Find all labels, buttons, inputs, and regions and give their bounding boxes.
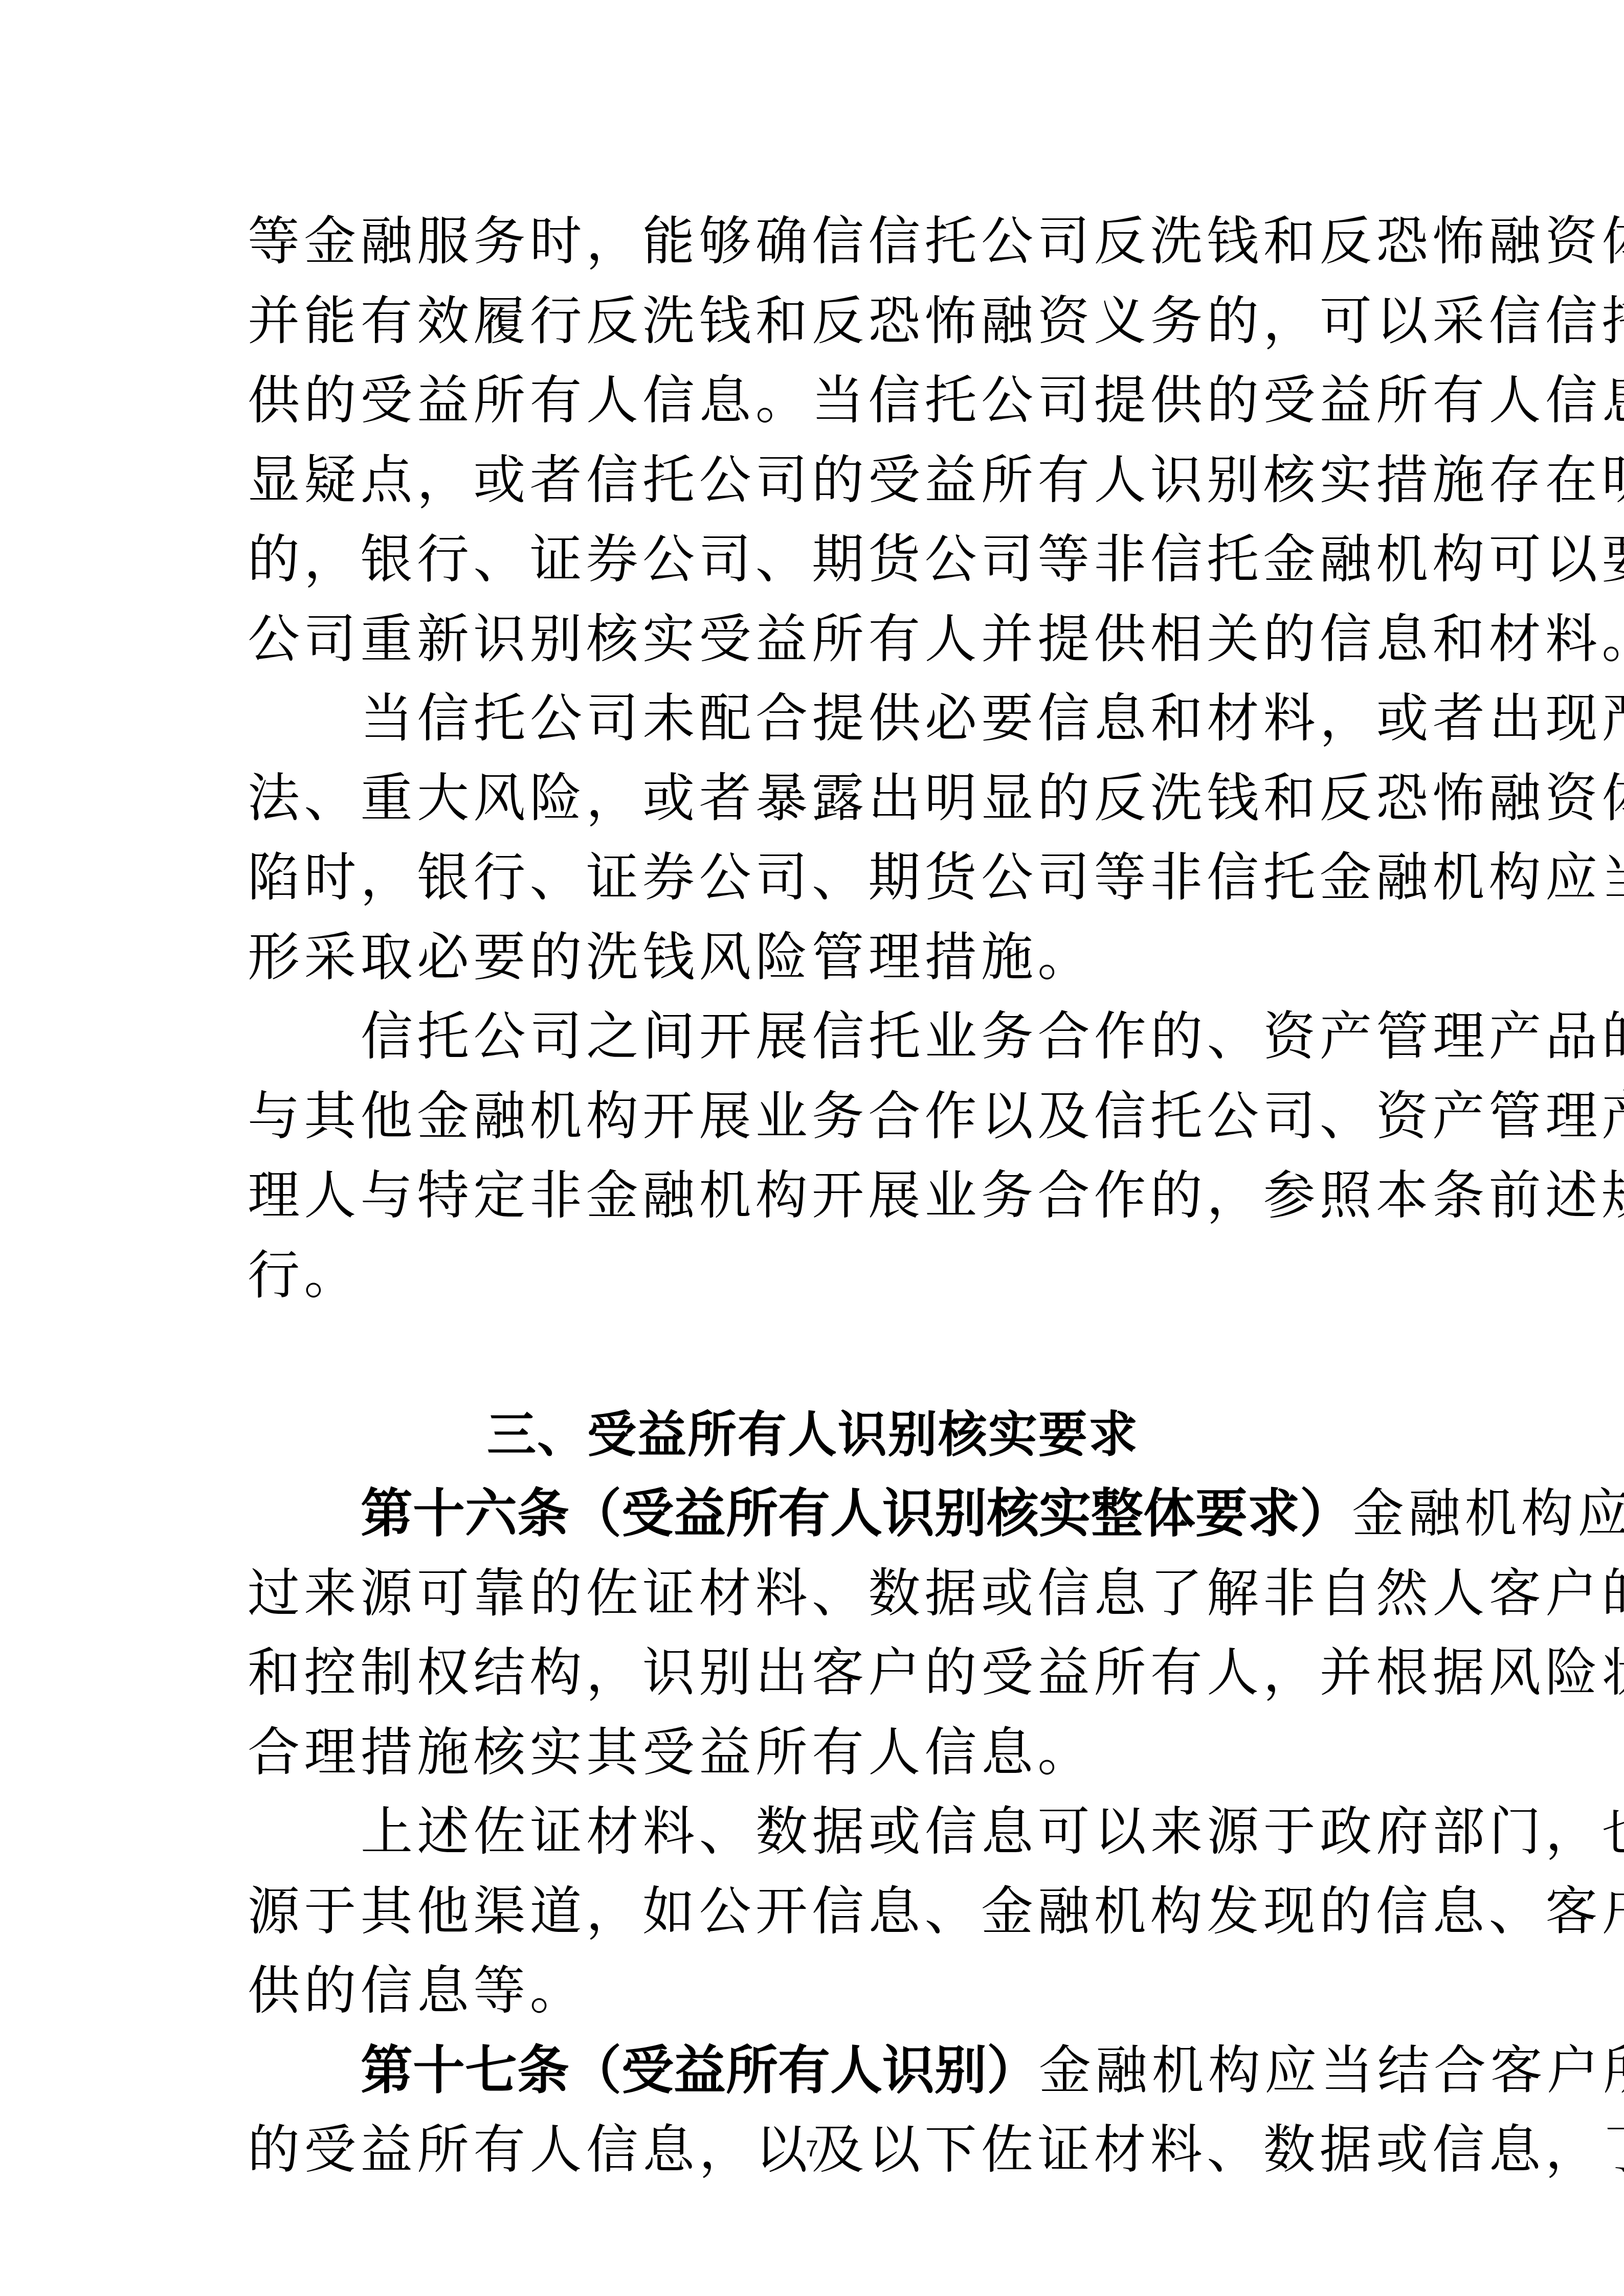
document-page: 等金融服务时，能够确信信托公司反洗钱和反恐怖融资体系健全 并能有效履行反洗钱和反… xyxy=(0,0,1624,2296)
text-line: 过来源可靠的佐证材料、数据或信息了解非自然人客户的所有权 xyxy=(248,1554,1378,1634)
text-line: 信托公司之间开展信托业务合作的、资产管理产品的管理人 xyxy=(248,997,1378,1077)
article-label: 第十六条（受益所有人识别核实整体要求） xyxy=(361,1483,1352,1544)
text-line: 行。 xyxy=(248,1236,1378,1316)
text-line: 公司重新识别核实受益所有人并提供相关的信息和材料。 xyxy=(248,600,1378,680)
document-body: 等金融服务时，能够确信信托公司反洗钱和反恐怖融资体系健全 并能有效履行反洗钱和反… xyxy=(248,202,1378,2190)
text-line: 的，银行、证券公司、期货公司等非信托金融机构可以要求信托 xyxy=(248,520,1378,600)
article-16: 第十六条（受益所有人识别核实整体要求）金融机构应当通 过来源可靠的佐证材料、数据… xyxy=(248,1474,1378,1792)
text-line: 等金融服务时，能够确信信托公司反洗钱和反恐怖融资体系健全 xyxy=(248,202,1378,282)
article-first-line: 第十六条（受益所有人识别核实整体要求）金融机构应当通 xyxy=(248,1474,1378,1554)
article-text: 金融机构应当通 xyxy=(1352,1483,1624,1544)
text-line: 显疑点，或者信托公司的受益所有人识别核实措施存在明显瑕疵 xyxy=(248,441,1378,521)
article-text: 金融机构应当结合客户所提供 xyxy=(1039,2040,1624,2101)
text-line: 并能有效履行反洗钱和反恐怖融资义务的，可以采信信托公司提 xyxy=(248,282,1378,362)
text-line: 与其他金融机构开展业务合作以及信托公司、资产管理产品的管 xyxy=(248,1077,1378,1157)
text-line: 源于其他渠道，如公开信息、金融机构发现的信息、客户自己提 xyxy=(248,1872,1378,1952)
paragraph-trust-info-reliance: 等金融服务时，能够确信信托公司反洗钱和反恐怖融资体系健全 并能有效履行反洗钱和反… xyxy=(248,202,1378,679)
paragraph-trust-noncooperation: 当信托公司未配合提供必要信息和材料，或者出现严重违 法、重大风险，或者暴露出明显… xyxy=(248,679,1378,997)
text-line: 法、重大风险，或者暴露出明显的反洗钱和反恐怖融资体系性缺 xyxy=(248,759,1378,839)
text-line: 供的受益所有人信息。当信托公司提供的受益所有人信息存在明 xyxy=(248,361,1378,441)
article-first-line: 第十七条（受益所有人识别）金融机构应当结合客户所提供 xyxy=(248,2031,1378,2111)
text-line: 上述佐证材料、数据或信息可以来源于政府部门，也可以来 xyxy=(248,1792,1378,1872)
section-heading: 三、受益所有人识别核实要求 xyxy=(248,1395,1378,1475)
article-17: 第十七条（受益所有人识别）金融机构应当结合客户所提供 的受益所有人信息，以及以下… xyxy=(248,2031,1378,2190)
paragraph-trust-cooperation: 信托公司之间开展信托业务合作的、资产管理产品的管理人 与其他金融机构开展业务合作… xyxy=(248,997,1378,1315)
text-line: 陷时，银行、证券公司、期货公司等非信托金融机构应当根据情 xyxy=(248,838,1378,918)
text-line: 理人与特定非金融机构开展业务合作的，参照本条前述规定执 xyxy=(248,1156,1378,1236)
article-16-sources: 上述佐证材料、数据或信息可以来源于政府部门，也可以来 源于其他渠道，如公开信息、… xyxy=(248,1792,1378,2031)
text-line: 当信托公司未配合提供必要信息和材料，或者出现严重违 xyxy=(248,679,1378,759)
article-label: 第十七条（受益所有人识别） xyxy=(361,2040,1039,2101)
text-line: 和控制权结构，识别出客户的受益所有人，并根据风险状况采取 xyxy=(248,1633,1378,1713)
blank-line xyxy=(248,1315,1378,1395)
text-line: 供的信息等。 xyxy=(248,1951,1378,2031)
text-line: 合理措施核实其受益所有人信息。 xyxy=(248,1713,1378,1793)
page-number: 7 xyxy=(0,2136,1624,2162)
text-line: 形采取必要的洗钱风险管理措施。 xyxy=(248,918,1378,998)
